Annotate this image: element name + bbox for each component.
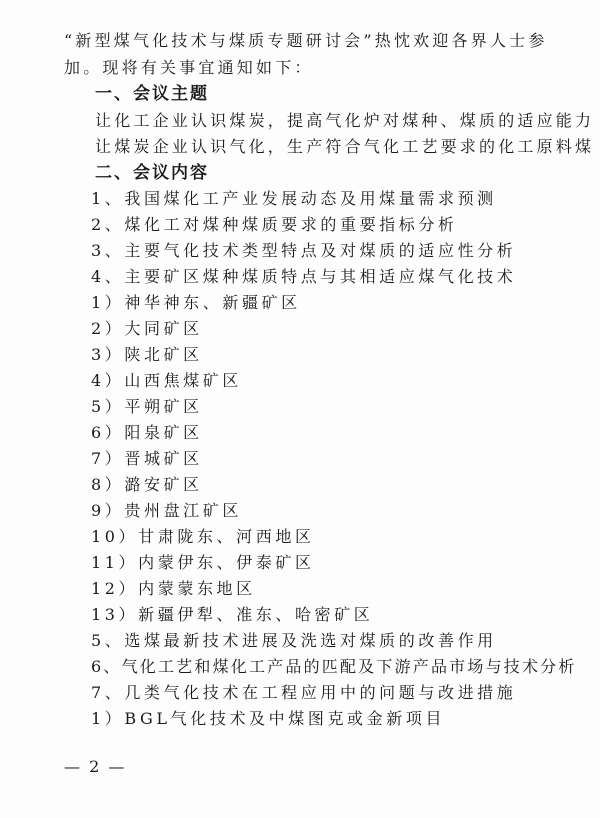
mining-area-1: 1）神华神东、新疆矿区 xyxy=(91,293,301,313)
mining-area-6: 6）阳泉矿区 xyxy=(91,423,203,443)
theme-line-1: 让化工企业认识煤炭，提高气化炉对煤种、煤质的适应能力 xyxy=(95,111,594,131)
intro-paragraph-line-2: 加。现将有关事宜通知如下： xyxy=(64,58,314,78)
content-item-5: 5、选煤最新技术进展及洗选对煤质的改善作用 xyxy=(91,631,497,651)
mining-area-4: 4）山西焦煤矿区 xyxy=(91,371,242,391)
mining-area-10: 10）甘肃陇东、河西地区 xyxy=(91,527,315,547)
content-item-6: 6、气化工艺和煤化工产品的匹配及下游产品市场与技术分析 xyxy=(91,657,577,677)
content-item-1: 1、我国煤化工产业发展动态及用煤量需求预测 xyxy=(91,189,497,209)
section-heading-theme: 一、会议主题 xyxy=(95,84,209,104)
mining-area-13: 13）新疆伊犁、准东、哈密矿区 xyxy=(91,605,373,625)
content-item-2: 2、煤化工对煤种煤质要求的重要指标分析 xyxy=(91,215,458,235)
theme-line-2: 让煤炭企业认识气化，生产符合气化工艺要求的化工原料煤 xyxy=(95,137,594,157)
mining-area-3: 3）陕北矿区 xyxy=(91,345,203,365)
mining-area-9: 9）贵州盘江矿区 xyxy=(91,501,242,521)
mining-area-11: 11）内蒙伊东、伊泰矿区 xyxy=(91,553,315,573)
mining-area-7: 7）晋城矿区 xyxy=(91,449,203,469)
page-number: — 2 — xyxy=(64,757,126,776)
mining-area-12: 12）内蒙蒙东地区 xyxy=(91,579,256,599)
content-item-7: 7、几类气化技术在工程应用中的问题与改进措施 xyxy=(91,683,516,703)
content-item-4: 4、主要矿区煤种煤质特点与其相适应煤气化技术 xyxy=(91,267,516,287)
intro-paragraph-line-1: “新型煤气化技术与煤质专题研讨会”热忱欢迎各界人士参 xyxy=(64,31,548,51)
mining-area-8: 8）潞安矿区 xyxy=(91,475,203,495)
section-heading-content: 二、会议内容 xyxy=(95,163,209,183)
sub-item-bgl: 1）BGL气化技术及中煤图克或金新项目 xyxy=(91,709,445,729)
content-item-3: 3、主要气化技术类型特点及对煤质的适应性分析 xyxy=(91,241,516,261)
mining-area-5: 5）平朔矿区 xyxy=(91,397,203,417)
mining-area-2: 2）大同矿区 xyxy=(91,319,203,339)
